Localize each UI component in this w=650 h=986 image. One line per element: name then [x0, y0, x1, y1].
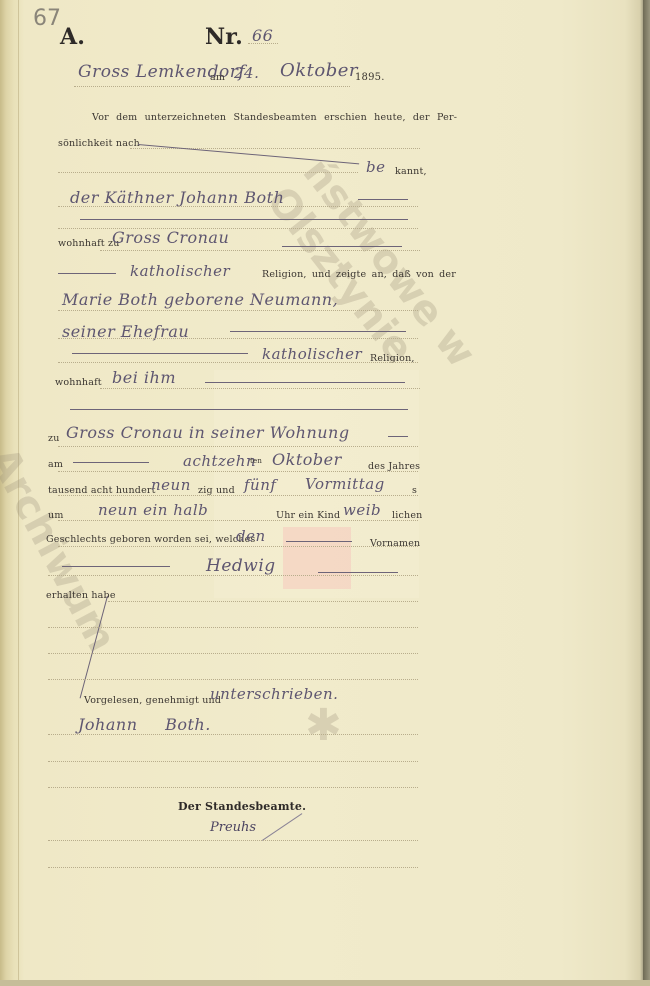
known-rule	[58, 172, 358, 173]
blank-rule-3	[48, 679, 418, 680]
signature-rule-2	[48, 761, 418, 762]
signature-rule-3	[48, 787, 418, 788]
date-rule	[74, 86, 350, 87]
mother-residence-line-2	[70, 409, 408, 410]
mother-residence-value: bei ihm	[112, 368, 176, 387]
birthplace-dash	[388, 436, 408, 437]
mother-residence-label: wohnhaft	[55, 377, 102, 388]
sex-value: weib	[343, 501, 381, 519]
birth-month-value: Oktober	[272, 450, 342, 469]
page-bottom-edge	[0, 980, 650, 986]
gender-rule	[58, 546, 418, 547]
received-rule	[108, 601, 418, 602]
pink-patch	[283, 527, 351, 589]
personality-label: sönlichkeit nach	[58, 138, 140, 149]
mother-relation-rule	[58, 338, 418, 339]
residence-label: wohnhaft zu	[58, 238, 120, 249]
informant-rule	[58, 206, 418, 207]
first-name-dash-right	[318, 572, 398, 573]
religion1-label: Religion, und zeigte an, daß von der	[262, 269, 456, 280]
religion1-value: katholischer	[130, 262, 230, 280]
birthplace-label: zu	[48, 433, 60, 444]
first-name-dash-left	[62, 566, 170, 567]
religion2-dash	[72, 353, 248, 354]
first-name-value: Hedwig	[206, 556, 276, 576]
registrar-label: Der Standesbeamte.	[178, 800, 306, 813]
religion2-value: katholischer	[262, 345, 362, 363]
number-label: Nr.	[205, 24, 243, 50]
known-suffix: be	[366, 158, 385, 176]
residence-dash	[282, 246, 402, 247]
first-name-rule	[48, 575, 418, 576]
residence-rule	[100, 250, 420, 251]
informant-signature: Johann Both.	[78, 715, 211, 734]
date-day: 24.	[234, 64, 259, 82]
number-rule	[248, 43, 278, 44]
religion2-rule	[58, 362, 418, 363]
registrar-flourish	[262, 813, 302, 841]
birth-day-label: am	[48, 459, 63, 470]
date-prefix: am	[210, 72, 225, 83]
registrar-rule	[48, 840, 418, 841]
time-value: neun ein halb	[98, 501, 208, 519]
article-value: den	[236, 527, 266, 545]
birth-day-dash	[73, 462, 149, 463]
mother-residence-rule	[100, 388, 420, 389]
blank-rule-1	[48, 627, 418, 628]
year-printed: 1895.	[355, 72, 385, 83]
document-page: ństwowe w Olsztynie Archiwum ✱ 67 A. Nr.…	[0, 0, 650, 986]
residence-value: Gross Cronau	[112, 228, 229, 247]
date-month: Oktober	[280, 60, 358, 81]
informant-dash	[358, 199, 408, 200]
birthplace-rule	[58, 446, 418, 447]
mother-name: Marie Both geborene Neumann,	[62, 290, 338, 309]
approval-value: unterschrieben.	[210, 685, 338, 703]
page-right-edge	[643, 0, 650, 986]
mother-rule	[58, 310, 418, 311]
birthplace-value: Gross Cronau in seiner Wohnung	[66, 423, 350, 442]
known-label: kannt,	[395, 166, 427, 177]
informant-name: der Käthner Johann Both	[70, 188, 284, 207]
blank-rule-2	[48, 653, 418, 654]
watermark-asterisk-icon: ✱	[305, 700, 342, 751]
religion1-dash	[58, 273, 116, 274]
gender-line-label: Geschlechts geboren worden sei, welches	[46, 534, 255, 545]
year-words-value-2: fünf	[244, 476, 276, 494]
approval-label: Vorgelesen, genehmigt und	[84, 695, 221, 706]
year-words-rule	[58, 495, 418, 496]
year-words-value-1: neun	[151, 476, 191, 494]
informant-fill-line	[80, 219, 408, 220]
signature-rule	[48, 734, 418, 735]
registrar-rule-2	[48, 867, 418, 868]
birth-day-value: achtzehn	[183, 452, 256, 470]
mother-residence-dash	[205, 382, 405, 383]
intro-line-1: Vor dem unterzeichneten Standesbeamten e…	[92, 112, 457, 123]
registrar-signature: Preuhs	[210, 820, 256, 835]
birth-day-suffix: ten	[250, 457, 262, 465]
page-pencil-number: 67	[33, 6, 61, 31]
time-of-day-value: Vormittag	[305, 475, 385, 493]
time-rule	[58, 520, 418, 521]
first-names-dash	[286, 541, 352, 542]
register-letter: A.	[60, 24, 85, 50]
mother-relation-dash	[230, 331, 406, 332]
first-names-label: Vornamen	[370, 538, 420, 549]
birth-day-rule	[58, 471, 418, 472]
